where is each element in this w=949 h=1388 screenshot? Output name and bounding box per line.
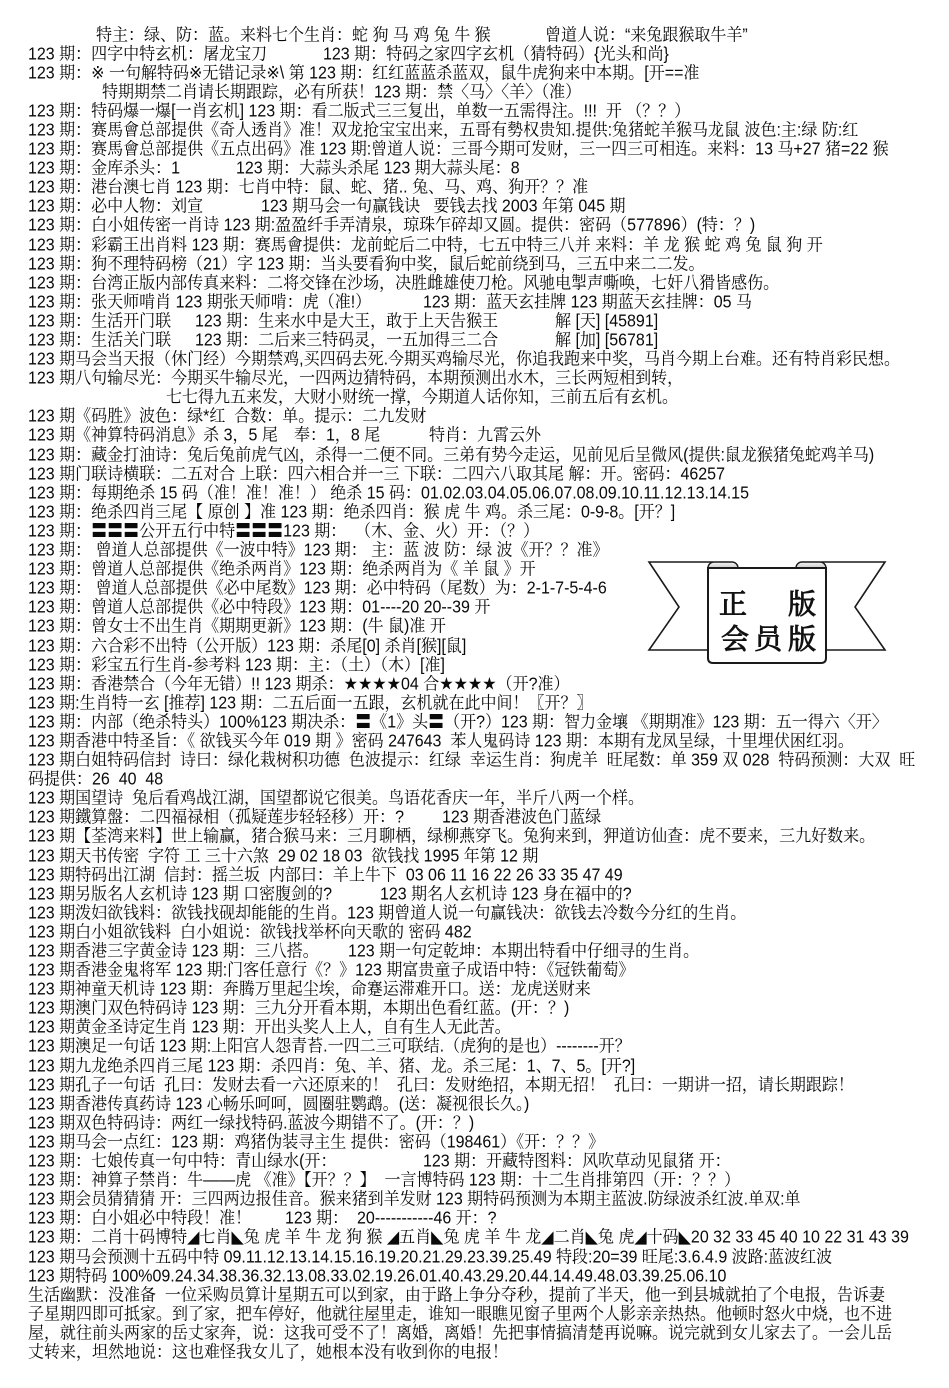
ribbon-right-tail-icon <box>822 562 885 650</box>
humor-paragraph-line: 子星期四即可抵家。到了家，把车停好，他就往屋里走，谁知一眼瞧见窗子里两个人影亲亲… <box>0 1305 949 1324</box>
text-line: 123 期：生活关门联123 期：二后来三特码灵，一五加得三二合解 [加] [5… <box>0 331 949 350</box>
text-line: 123 期：※ 一句解特码※无错记录※\ 第 123 期：红红蓝蓝杀蓝双，鼠牛虎… <box>0 64 949 83</box>
text-line: 123 期马会预测十五码中特 09.11.12.13.14.15.16.19.2… <box>0 1248 949 1267</box>
text-line: 123 期：神算子禁肖：牛——虎 《准》【开？？】 一言博特码 123 期：十二… <box>0 1171 949 1190</box>
text-line: 123 期：二肖十码博特◢七肖◣兔 虎 羊 牛 龙 狗 猴 ◢五肖◣兔 虎 羊 … <box>0 1228 949 1247</box>
line-text: 码提供：26 40 48 <box>28 769 163 790</box>
text-line: 123 期神童天机诗 123 期：奔腾万里起尘埃，命蹇运滞难开口。送：龙虎送财来 <box>0 980 949 999</box>
text-line: 123 期：必中人物：刘宣123 期马会一句赢钱诀 要钱去找 2003 年第 0… <box>0 197 949 216</box>
text-line: 123 期：彩霸王出肖料 123 期：赛馬會提供：龙前蛇后二中特，七五中特三八并… <box>0 236 949 255</box>
line-text: 解 [天] [45891] <box>555 311 658 332</box>
text-line: 123 期国望诗 兔后看鸡战江湖，国望都说它很美。鸟语花香庆一年，半斤八两一个样… <box>0 789 949 808</box>
badge-text-hui: 会 <box>721 623 749 656</box>
line-text: 特主：绿、防：蓝。来料七个生肖：蛇 狗 马 鸡 兔 牛 猴 <box>96 25 491 46</box>
line-text: 123 期香港传真药诗 123 心畅乐呵呵，圆圈驻鹦鹉。(送：凝视很长久。) <box>28 1094 529 1115</box>
line-text: 曾道人说：“来兔跟猴取牛羊” <box>545 25 748 46</box>
line-text: 屋，就往前头两家的岳丈家奔，说：这我可受不了！离婚，离婚！先把事情搞清楚再说嘛。… <box>28 1323 892 1344</box>
line-text: 123 期：二肖十码博特◢七肖◣兔 虎 羊 牛 龙 狗 猴 ◢五肖◣兔 虎 羊 … <box>28 1228 909 1249</box>
line-text: 123 期马会一点红：123 期：鸡猪伪装寻主生 提供：密码（198461）《开… <box>28 1132 604 1153</box>
line-text: 解 [加] [56781] <box>555 330 658 351</box>
line-text: 七七得九五来发，大财小财统一撑，今期道人话你知，三前五后有玄机。 <box>166 388 678 409</box>
line-text: 特肖：九霄云外 <box>429 426 541 447</box>
text-line: 123 期另版名人玄机诗 123 期 口密腹剑的?123 期名人玄机诗 123 … <box>0 885 949 904</box>
text-line: 123 期：张天师啃肖 123 期张天师啃：虎（准!）123 期：蓝天玄挂牌 1… <box>0 293 949 312</box>
line-text: 特期期禁二肖请长期跟踪，必有所获！123 期：禁〈马〉〈羊〉（准） <box>102 82 581 103</box>
line-text: 123 期： 20-----------46 开：? <box>285 1209 497 1230</box>
line-text: 123 期：赛馬會总部提供《奇人透肖》准！双龙抢宝宝出来，五哥有勢权贵知.提供:… <box>28 120 858 141</box>
text-line: 123 期双色特码诗：两红一绿找特码.蓝波今期错不了。(开：？) <box>0 1114 949 1133</box>
badge-text-ban2: 版 <box>788 623 816 656</box>
line-text: 123 期门联诗横联：二五对合 上联：四六相合并一三 下联：二四六八取其尾 解：… <box>28 464 725 485</box>
line-text: 123 期：生活关门联 <box>28 330 171 351</box>
line-text: 生活幽默：没准备 一位采购员算计星期五可以到家，由于路上争分夺秒，提前了半天，他… <box>28 1285 885 1306</box>
line-text: 123 期：曾道人总部提供《绝杀两肖》123 期：绝杀两肖为《 羊 鼠 》开 <box>28 559 536 580</box>
line-text: 123 期八句输尽光：今期买牛输尽光，一四两边猜特码，本期预测出水木，三长两短相… <box>28 368 683 389</box>
line-text: 123 期【荃湾来料】世上输赢，猪合猴马来：三月聊栖，绿柳燕穿飞。兔狗来到，狎道… <box>28 827 875 848</box>
line-text: 123 期：大蒜头杀尾 123 期大蒜头尾：8 <box>236 158 520 179</box>
line-text: 123 期：特码之家四字玄机（猜特码）{光头和尚} <box>323 44 669 65</box>
line-text: 123 期香港中特圣旨：《 欲钱买今年 019 期 》密码 247643 苯人鬼… <box>28 731 854 752</box>
line-text: 123 期：七娘传真一句中特：青山绿水(开： <box>28 1151 336 1172</box>
text-line: 123 期马会一点红：123 期：鸡猪伪装寻主生 提供：密码（198461）《开… <box>0 1133 949 1152</box>
text-line: 123 期澳足一句话 123 期:上阳宫人怨青苔.一四二三可联结.（虎狗的是也）… <box>0 1037 949 1056</box>
text-line: 123 期八句输尽光：今期买牛输尽光，一四两边猜特码，本期预测出水木，三长两短相… <box>0 369 949 388</box>
line-text: 123 期黄金圣诗定生肖 123 期：开出头奖人上人，自有生人无此苦。 <box>28 1018 511 1039</box>
text-line: 123 期：台湾正版内部传真来料：二将交锋在沙场，决胜雌雄使刀枪。风驰电掣声嘶唤… <box>0 274 949 293</box>
line-text: 123 期马会预测十五码中特 09.11.12.13.14.15.16.19.2… <box>28 1247 832 1268</box>
text-line: 123 期孔子一句话 孔曰：发财去看一六还原来的！ 孔曰：发财绝招，本期无招！ … <box>0 1076 949 1095</box>
line-text: 123 期：※ 一句解特码※无错记录※\ 第 123 期：红红蓝蓝杀蓝双，鼠牛虎… <box>28 63 699 84</box>
line-text: 123 期香港波色门蓝绿 <box>442 808 601 829</box>
line-text: 123 期：二后来三特码灵，一五加得三二合 <box>195 330 498 351</box>
line-text: 123 期：绝杀四肖三尾【 原创 】准 123 期：绝杀四肖：猴 虎 牛 鸡。杀… <box>28 502 675 523</box>
text-line: 123 期：特码爆一爆[一肖玄机] 123 期：看二版式三三复出，单数一五需得注… <box>0 102 949 121</box>
text-line: 123 期天书传密 字符 工 三十六煞 29 02 18 03 欲钱找 1995… <box>0 847 949 866</box>
text-line: 123 期：每期绝杀 15 码（准！准！准！） 绝杀 15 码：01.02.03… <box>0 484 949 503</box>
text-line: 特主：绿、防：蓝。来料七个生肖：蛇 狗 马 鸡 兔 牛 猴曾道人说：“来兔跟猴取… <box>0 26 949 45</box>
line-text: 123 期：藏金打油诗：兔后兔前虎气凶，杀得一二便不同。三弟有势今走运，见前见后… <box>28 445 874 466</box>
text-line: 123 期泼妇欲钱料：欲钱找砚却能能的生肖。123 期曾道人说一句赢钱决：欲钱去… <box>0 904 949 923</box>
text-line: 123 期会员猜猜猜 开：三四两边报佳音。猴来猪到羊发财 123 期特码预测为本… <box>0 1190 949 1209</box>
text-line: 123 期马会当天报（休门经）今期禁鸡,买四码去死.今期买鸡输尽光，你追我跑来中… <box>0 350 949 369</box>
badge-text-ban: 版 <box>788 588 816 621</box>
text-line: 123 期香港金鬼将军 123 期:门客任意行《？》123 期富贵童子成语中特：… <box>0 961 949 980</box>
text-line: 123 期：香港禁合（今年无错）!! 123 期杀：★★★★04 合★★★★（开… <box>0 675 949 694</box>
line-text: 123 期：狗不理特码榜（21）字 123 期：当头要看狗中奖，鼠后蛇前绕到马，… <box>28 254 705 275</box>
line-text: 123 期马会当天报（休门经）今期禁鸡,买四码去死.今期买鸡输尽光，你追我跑来中… <box>28 349 900 370</box>
text-line: 123 期黄金圣诗定生肖 123 期：开出头奖人上人，自有生人无此苦。 <box>0 1018 949 1037</box>
text-line: 123 期：白小姐传密一肖诗 123 期:盈盈纤手弄清泉，琼珠乍碎却又圆。提供：… <box>0 216 949 235</box>
text-line: 123 期特码出江湖 信封：摇兰坂 内部曰：羊上牛下 03 06 11 16 2… <box>0 866 949 885</box>
text-line: 123 期：绝杀四肖三尾【 原创 】准 123 期：绝杀四肖：猴 虎 牛 鸡。杀… <box>0 503 949 522</box>
line-text: 123 期： 曾道人总部提供《必中尾数》123 期：必中特码（尾数）为：2-1-… <box>28 578 607 599</box>
line-text: 123 期特码出江湖 信封：摇兰坂 内部曰：羊上牛下 03 06 11 16 2… <box>28 865 623 886</box>
line-text: 123 期特码 100%09.24.34.38.36.32.13.08.33.0… <box>28 1266 726 1287</box>
line-text: 123 期：生来水中是大王，敢于上天告猴王 <box>195 311 498 332</box>
text-line: 123 期：生活开门联123 期：生来水中是大王，敢于上天告猴王解 [天] [4… <box>0 312 949 331</box>
line-text: 123 期：每期绝杀 15 码（准！准！准！） 绝杀 15 码：01.02.03… <box>28 483 749 504</box>
line-text: 123 期：曾女士不出生肖《期期更新》123 期：(牛 鼠)准 开 <box>28 617 446 638</box>
text-line: 123 期香港中特圣旨：《 欲钱买今年 019 期 》密码 247643 苯人鬼… <box>0 732 949 751</box>
line-text: 123 期：蓝天玄挂牌 123 期蓝天玄挂牌：05 马 <box>423 292 752 313</box>
humor-paragraph-line: 丈转来，坦然地说：这也难怪我女儿了，她根本没有收到你的电报！ <box>0 1343 949 1362</box>
line-text: 奉：1，8 尾 <box>294 426 380 447</box>
text-line: 123 期《码胜》波色：绿*红 合数：单。提示：二九发财 <box>0 407 949 426</box>
line-text: 子星期四即可抵家。到了家，把车停好，他就往屋里走，谁知一眼瞧见窗子里两个人影亲亲… <box>28 1304 892 1325</box>
line-text: 123 期：必中人物：刘宣 <box>28 197 203 218</box>
line-text: 123 期：〓〓〓公开五行中特〓〓〓123 期： （木、金、火）开：（？） <box>28 521 539 542</box>
line-text: 123 期：开藏特图料：风吹草动见鼠猪 开： <box>423 1151 731 1172</box>
line-text: 123 期：港台澳七肖 123 期：七肖中特：鼠、蛇、猪.. 兔、马、鸡、狗开？… <box>28 177 588 198</box>
line-text: 123 期：张天师啃肖 123 期张天师啃：虎（准!） <box>28 292 371 313</box>
text-line: 123 期澳门双色特码诗 123 期：三九分开看本期，本期出色看红蓝。(开：？) <box>0 999 949 1018</box>
badge-text-yuan: 员 <box>754 623 784 656</box>
official-member-edition-ribbon-badge: 正 版 会 员 版 <box>640 550 890 670</box>
line-text: 123 期：特码爆一爆[一肖玄机] 123 期：看二版式三三复出，单数一五需得注… <box>28 101 690 122</box>
text-line: 123 期《神算特码消息》杀 3，5 尾奉：1，8 尾特肖：九霄云外 <box>0 426 949 445</box>
line-text: 123 期会员猜猜猜 开：三四两边报佳音。猴来猪到羊发财 123 期特码预测为本… <box>28 1189 801 1210</box>
text-line: 123 期门联诗横联：二五对合 上联：四六相合并一三 下联：二四六八取其尾 解：… <box>0 465 949 484</box>
text-line: 123 期:生肖特一玄 [推荐] 123 期：二五后面一五跟，玄机就在此中间！〖… <box>0 694 949 713</box>
line-text: 123 期：香港禁合（今年无错）!! 123 期杀：★★★★04 合★★★★（开… <box>28 674 570 695</box>
text-line: 特期期禁二肖请长期跟踪，必有所获！123 期：禁〈马〉〈羊〉（准） <box>0 83 949 102</box>
text-line: 123 期：金库杀头：1123 期：大蒜头杀尾 123 期大蒜头尾：8 <box>0 159 949 178</box>
line-text: 123 期泼妇欲钱料：欲钱找砚却能能的生肖。123 期曾道人说一句赢钱决：欲钱去… <box>28 903 746 924</box>
line-text: 123 期鐵算盤：二四福禄相（孤疑莲步轻轻移）开：? <box>28 808 404 829</box>
text-line: 123 期：内部（绝杀特头）100%123 期决杀：〓《1》头〓（开?）123 … <box>0 713 949 732</box>
text-line: 123 期：藏金打油诗：兔后兔前虎气凶，杀得一二便不同。三弟有势今走运，见前见后… <box>0 446 949 465</box>
line-text: 123 期双色特码诗：两红一绿找特码.蓝波今期错不了。(开：？) <box>28 1113 474 1134</box>
line-text: 123 期： 曾道人总部提供《一波中特》123 期： 主：蓝 波 防：绿 波《开… <box>28 540 609 561</box>
line-text: 123 期神童天机诗 123 期：奔腾万里起尘埃，命蹇运滞难开口。送：龙虎送财来 <box>28 979 591 1000</box>
line-text: 123 期孔子一句话 孔曰：发财去看一六还原来的！ 孔曰：发财绝招，本期无招！ … <box>28 1075 854 1096</box>
text-line: 123 期：赛馬會总部提供《奇人透肖》准！双龙抢宝宝出来，五哥有勢权贵知.提供:… <box>0 121 949 140</box>
line-text: 123 期澳门双色特码诗 123 期：三九分开看本期，本期出色看红蓝。(开：？) <box>28 999 569 1020</box>
text-line: 123 期香港三字黄金诗 123 期：三八搭。123 期一句定乾坤：本期出特看中… <box>0 942 949 961</box>
text-line: 123 期：〓〓〓公开五行中特〓〓〓123 期： （木、金、火）开：（？） <box>0 522 949 541</box>
document-body: 特主：绿、防：蓝。来料七个生肖：蛇 狗 马 鸡 兔 牛 猴曾道人说：“来兔跟猴取… <box>0 0 949 1362</box>
line-text: 123 期：彩宝五行生肖-参考料 123 期：主：（土）（木）[准] <box>28 655 445 676</box>
line-text: 123 期：台湾正版内部传真来料：二将交锋在沙场，决胜雌雄使刀枪。风驰电掣声嘶唤… <box>28 273 779 294</box>
line-text: 123 期《码胜》波色：绿*红 合数：单。提示：二九发财 <box>28 407 426 428</box>
line-text: 123 期九龙绝杀四肖三尾 123 期：杀四肖：兔、羊、猪、龙。杀三尾：1、7、… <box>28 1056 635 1077</box>
text-line: 123 期：狗不理特码榜（21）字 123 期：当头要看狗中奖，鼠后蛇前绕到马，… <box>0 255 949 274</box>
text-line: 123 期：七娘传真一句中特：青山绿水(开：123 期：开藏特图料：风吹草动见鼠… <box>0 1152 949 1171</box>
badge-text-zheng: 正 <box>719 588 747 621</box>
line-text: 丈转来，坦然地说：这也难怪我女儿了，她根本没有收到你的电报！ <box>28 1342 508 1363</box>
text-line: 码提供：26 40 48 <box>0 770 949 789</box>
line-text: 123 期：四字中特玄机：屠龙宝刀 <box>28 44 267 65</box>
text-line: 123 期白姐特码信封 诗曰：绿化栽树积功德 色波提示：红绿 幸运生肖：狗虎羊 … <box>0 751 949 770</box>
text-line: 123 期鐵算盤：二四福禄相（孤疑莲步轻轻移）开：?123 期香港波色门蓝绿 <box>0 808 949 827</box>
line-text: 123 期：白小姐传密一肖诗 123 期:盈盈纤手弄清泉，琼珠乍碎却又圆。提供：… <box>28 216 755 237</box>
text-line: 123 期特码 100%09.24.34.38.36.32.13.08.33.0… <box>0 1267 949 1286</box>
line-text: 123 期:生肖特一玄 [推荐] 123 期：二五后面一五跟，玄机就在此中间！〖… <box>28 693 593 714</box>
line-text: 123 期天书传密 字符 工 三十六煞 29 02 18 03 欲钱找 1995… <box>28 846 538 867</box>
line-text: 123 期香港金鬼将军 123 期:门客任意行《？》123 期富贵童子成语中特：… <box>28 960 634 981</box>
line-text: 123 期一句定乾坤：本期出特看中仔细寻的生肖。 <box>348 941 699 962</box>
line-text: 123 期：内部（绝杀特头）100%123 期决杀：〓《1》头〓（开?）123 … <box>28 712 888 733</box>
text-line: 123 期九龙绝杀四肖三尾 123 期：杀四肖：兔、羊、猪、龙。杀三尾：1、7、… <box>0 1057 949 1076</box>
line-text: 123 期：生活开门联 <box>28 311 171 332</box>
line-text: 123 期香港三字黄金诗 123 期：三八搭。 <box>28 941 319 962</box>
line-text: 123 期：彩霸王出肖料 123 期：赛馬會提供：龙前蛇后二中特，七五中特三八并… <box>28 235 823 256</box>
line-text: 123 期：白小姐必中特段！准！ <box>28 1209 251 1230</box>
line-text: 123 期白姐特码信封 诗曰：绿化栽树积功德 色波提示：红绿 幸运生肖：狗虎羊 … <box>28 750 915 771</box>
text-line: 七七得九五来发，大财小财统一撑，今期道人话你知，三前五后有玄机。 <box>0 388 949 407</box>
text-line: 123 期：港台澳七肖 123 期：七肖中特：鼠、蛇、猪.. 兔、马、鸡、狗开？… <box>0 178 949 197</box>
line-text: 123 期：金库杀头：1 <box>28 158 180 179</box>
line-text: 123 期国望诗 兔后看鸡战江湖，国望都说它很美。鸟语花香庆一年，半斤八两一个样… <box>28 788 644 809</box>
text-line: 123 期白小姐欲钱料 白小姐说：欲钱找举杯向天歌的 密码 482 <box>0 923 949 942</box>
line-text: 123 期澳足一句话 123 期:上阳宫人怨青苔.一四二三可联结.（虎狗的是也）… <box>28 1037 631 1058</box>
humor-paragraph-line: 屋，就往前头两家的岳丈家奔，说：这我可受不了！离婚，离婚！先把事情搞清楚再说嘛。… <box>0 1324 949 1343</box>
ribbon-left-tail-icon <box>649 562 712 650</box>
text-line: 123 期香港传真药诗 123 心畅乐呵呵，圆圈驻鹦鹉。(送：凝视很长久。) <box>0 1095 949 1114</box>
line-text: 123 期：神算子禁肖：牛——虎 《准》【开？？】 一言博特码 123 期：十二… <box>28 1170 740 1191</box>
line-text: 123 期白小姐欲钱料 白小姐说：欲钱找举杯向天歌的 密码 482 <box>28 922 472 943</box>
line-text: 123 期：曾道人总部提供《必中特段》123 期：01----20 20--39… <box>28 598 490 619</box>
line-text: 123 期另版名人玄机诗 123 期 口密腹剑的? <box>28 884 332 905</box>
line-text: 123 期：六合彩不出特（公开版）123 期：杀尾[0] 杀肖[猴][鼠] <box>28 636 466 657</box>
text-line: 123 期【荃湾来料】世上输赢，猪合猴马来：三月聊栖，绿柳燕穿飞。兔狗来到，狎道… <box>0 827 949 846</box>
line-text: 123 期马会一句赢钱诀 要钱去找 2003 年第 045 期 <box>261 197 626 218</box>
text-line: 123 期：白小姐必中特段！准！123 期： 20-----------46 开… <box>0 1209 949 1228</box>
line-text: 123 期《神算特码消息》杀 3，5 尾 <box>28 426 278 447</box>
line-text: 123 期：赛馬會总部提供《五点出码》准 123 期:曾道人说：三哥今期可发财，… <box>28 139 889 160</box>
line-text: 123 期名人玄机诗 123 身在福中的? <box>380 884 632 905</box>
humor-paragraph-line: 生活幽默：没准备 一位采购员算计星期五可以到家，由于路上争分夺秒，提前了半天，他… <box>0 1286 949 1305</box>
text-line: 123 期：赛馬會总部提供《五点出码》准 123 期:曾道人说：三哥今期可发财，… <box>0 140 949 159</box>
text-line: 123 期：四字中特玄机：屠龙宝刀123 期：特码之家四字玄机（猜特码）{光头和… <box>0 45 949 64</box>
